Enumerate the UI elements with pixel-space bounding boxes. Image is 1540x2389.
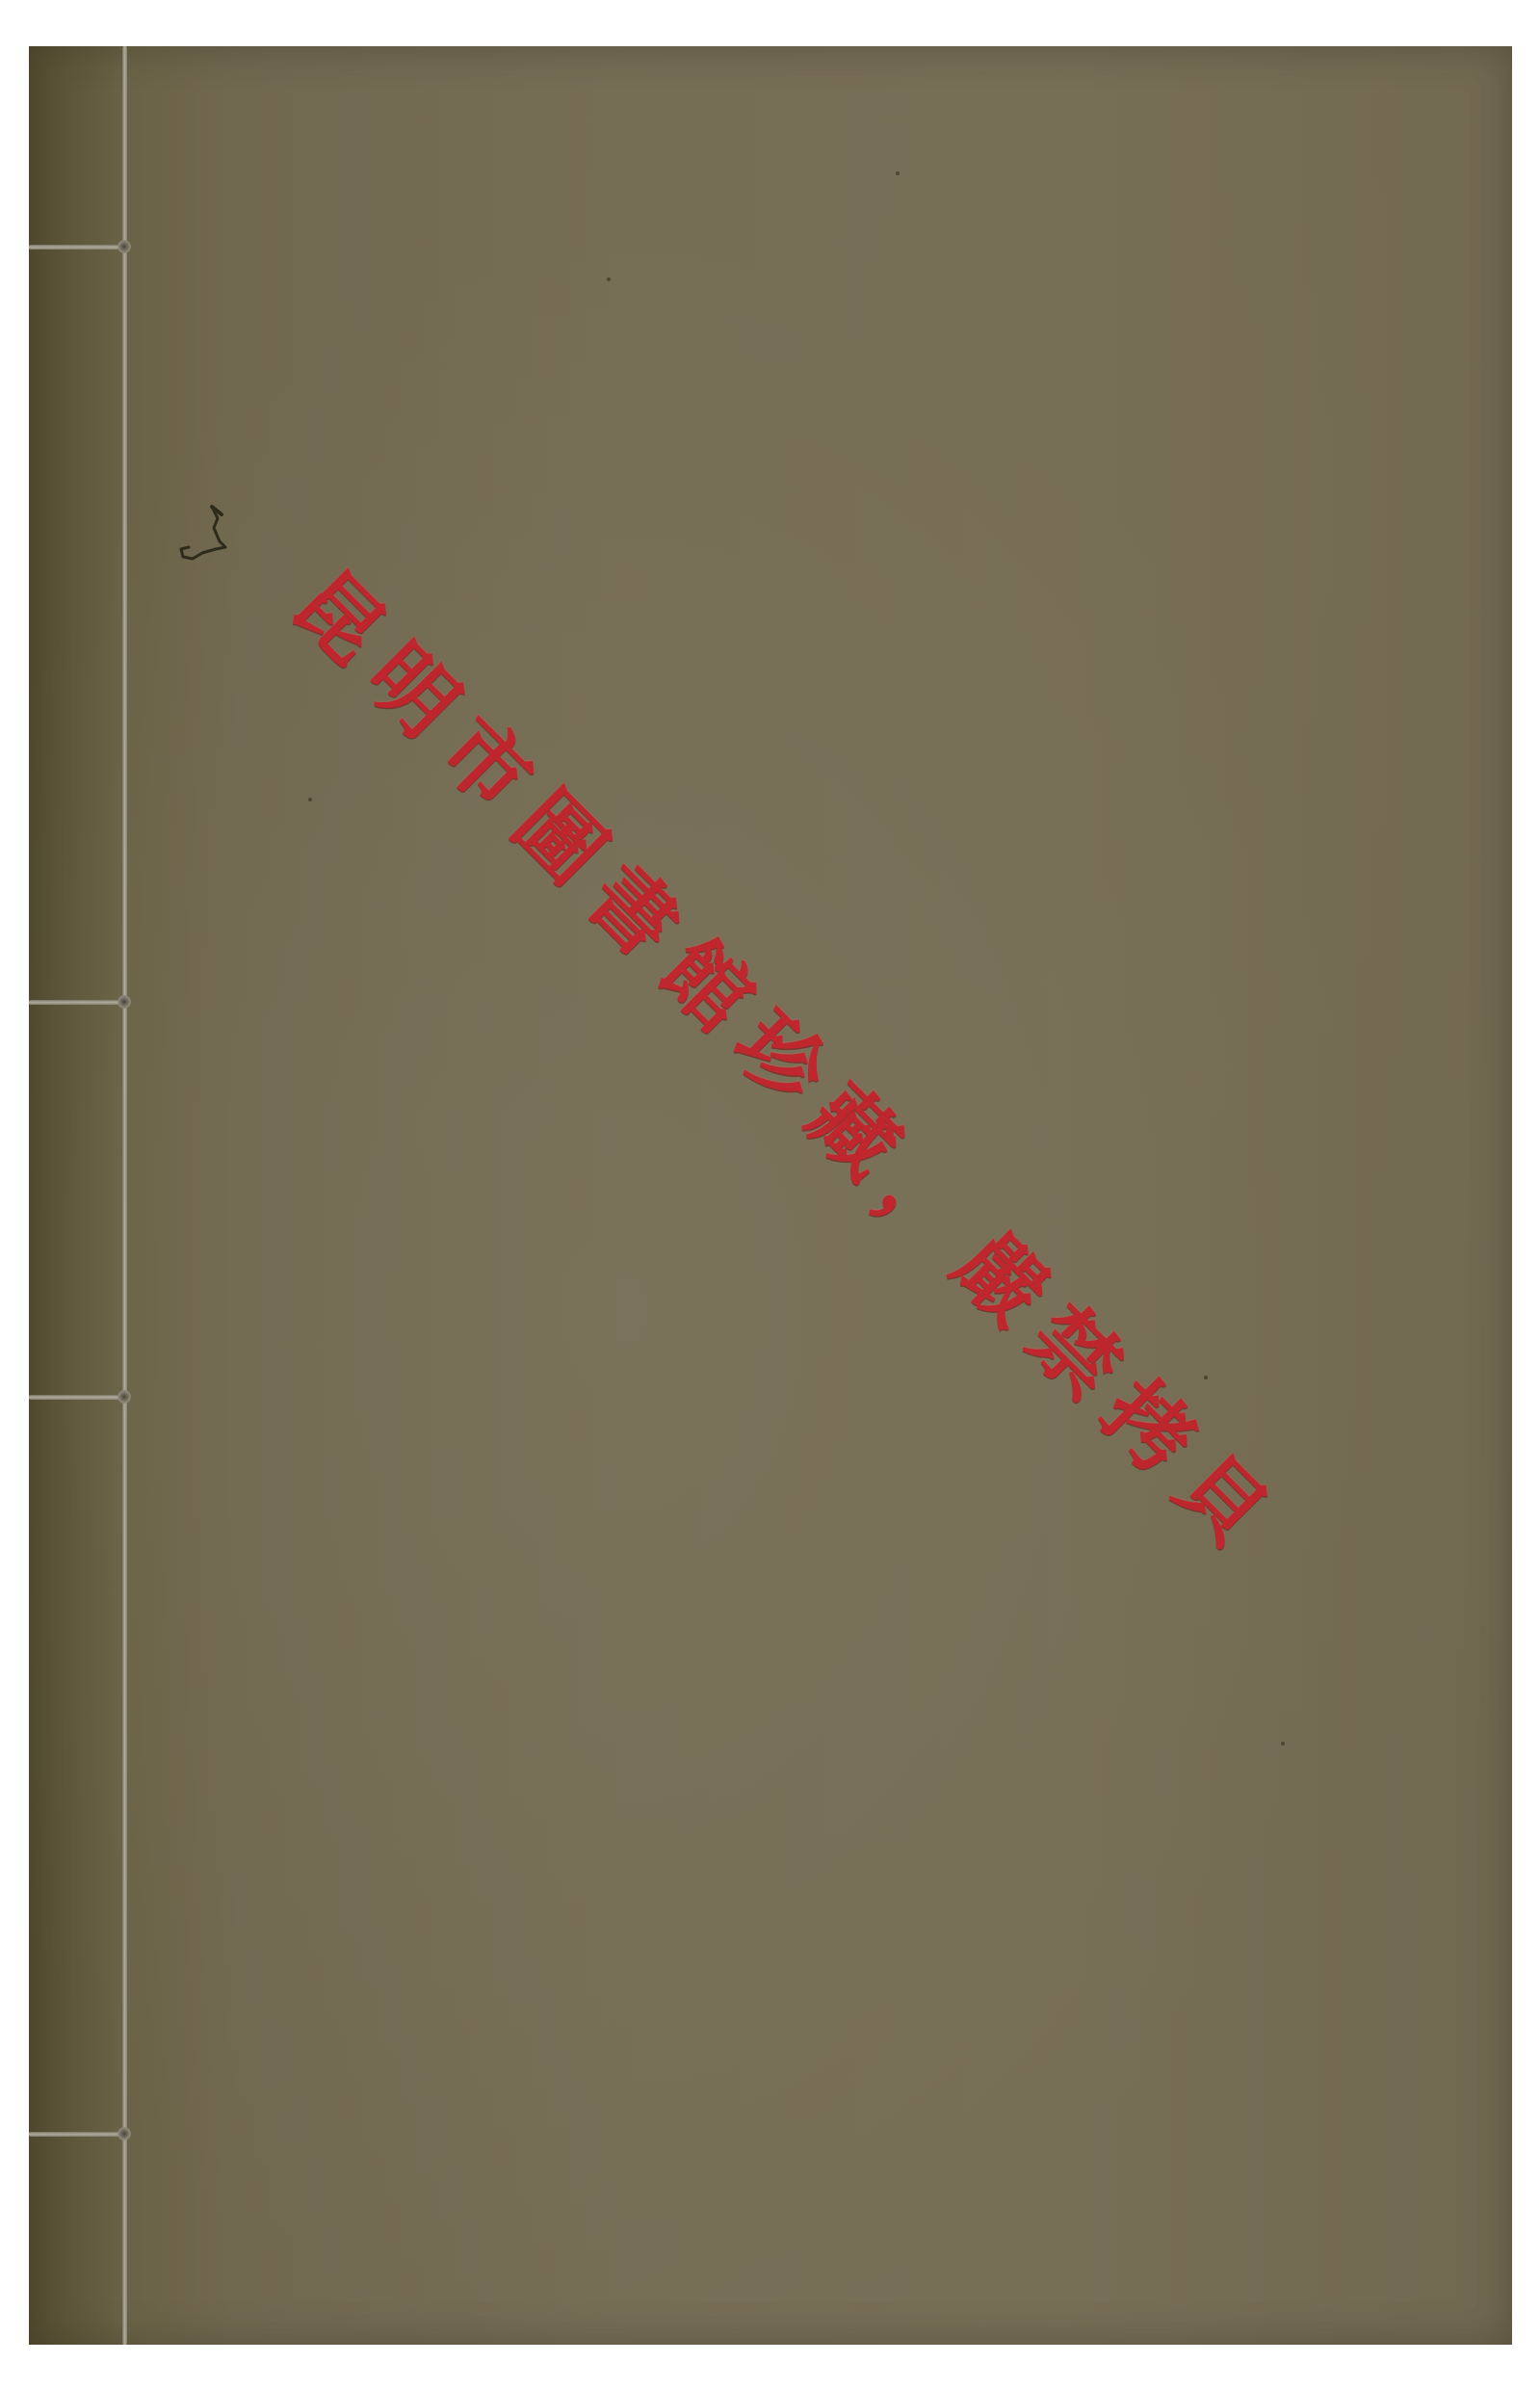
paper-speck <box>896 171 900 175</box>
binding-knot <box>117 240 131 253</box>
paper-speck <box>607 277 611 281</box>
binding-thread-vertical <box>122 46 127 2345</box>
spine-margin <box>29 46 125 2345</box>
book-cover-page <box>29 46 1512 2345</box>
paper-speck <box>1281 1742 1285 1746</box>
binding-knot <box>117 2127 131 2140</box>
binding-thread-horizontal <box>29 245 127 249</box>
handwritten-ink-mark-icon <box>173 499 231 566</box>
binding-thread-horizontal <box>29 1000 127 1005</box>
binding-knot <box>117 995 131 1009</box>
paper-speck <box>1204 1376 1208 1379</box>
binding-thread-horizontal <box>29 2132 127 2137</box>
binding-knot <box>117 1390 131 1404</box>
binding-thread-horizontal <box>29 1395 127 1400</box>
paper-speck <box>308 798 312 801</box>
